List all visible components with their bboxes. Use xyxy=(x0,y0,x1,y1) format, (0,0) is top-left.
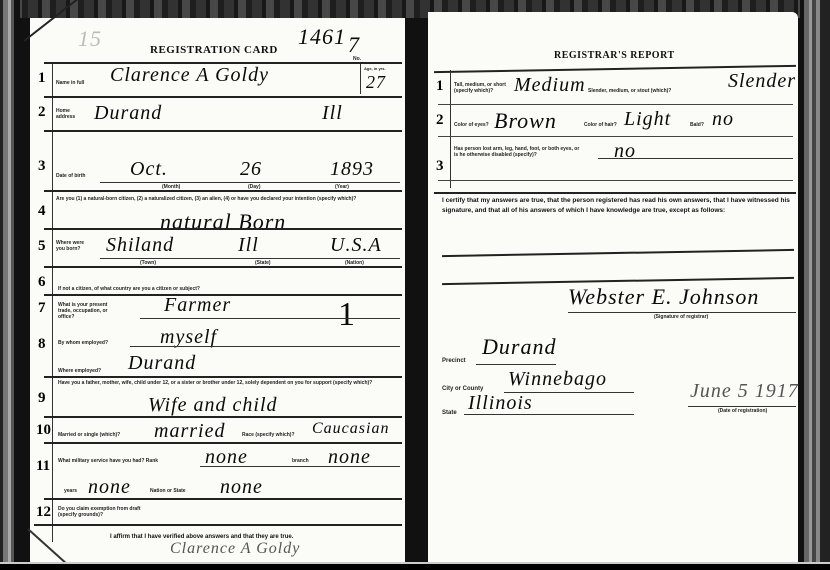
occupation-value: Farmer xyxy=(164,294,231,317)
military-years-value: none xyxy=(88,476,131,499)
birthplace-nation-value: U.S.A xyxy=(330,234,382,257)
home-address-value: Durand xyxy=(94,102,162,125)
disability-value: no xyxy=(614,140,636,163)
tally-mark: 1 xyxy=(338,296,356,334)
card-title: REGISTRATION CARD xyxy=(150,44,278,56)
hair-color-value: Light xyxy=(624,108,671,131)
registration-card-front: 15 REGISTRATION CARD 1461 7 No. 1 Name i… xyxy=(30,18,405,562)
height-value: Medium xyxy=(514,74,586,97)
registration-date: June 5 1917 xyxy=(690,380,799,403)
state-value: Illinois xyxy=(468,392,533,415)
registrars-report: REGISTRAR'S REPORT 1 Tall, medium, or sh… xyxy=(428,12,798,562)
registrar-signature: Webster E. Johnson xyxy=(568,284,759,310)
employment-place-value: Durand xyxy=(128,352,196,375)
birth-month-value: Oct. xyxy=(130,158,168,181)
registrant-signature: Clarence A Goldy xyxy=(170,540,300,558)
birthplace-town-value: Shiland xyxy=(106,234,174,257)
birth-year-value: 1893 xyxy=(330,158,374,181)
card-number-suffix: 7 xyxy=(348,32,360,58)
film-edge-bottom xyxy=(0,562,830,570)
card-number: 1461 xyxy=(298,24,346,50)
eye-color-value: Brown xyxy=(494,108,557,134)
certification-text: I certify that my answers are true, that… xyxy=(442,196,794,216)
birth-day-value: 26 xyxy=(240,158,262,181)
race-value: Caucasian xyxy=(312,420,389,438)
report-title: REGISTRAR'S REPORT xyxy=(554,50,675,61)
film-edge-right xyxy=(800,0,830,570)
serial-mark: 15 xyxy=(78,26,102,52)
county-value: Winnebago xyxy=(508,368,607,391)
bald-value: no xyxy=(712,108,734,131)
age-value: 27 xyxy=(366,72,386,93)
home-state-value: Ill xyxy=(322,102,343,125)
name-value: Clarence A Goldy xyxy=(110,64,269,87)
birthplace-state-value: Ill xyxy=(238,234,259,257)
citizenship-value: natural Born xyxy=(160,209,286,235)
microfilm-frame: 15 REGISTRATION CARD 1461 7 No. 1 Name i… xyxy=(0,0,830,570)
precinct-value: Durand xyxy=(482,334,556,360)
dependents-value: Wife and child xyxy=(148,394,278,417)
build-value: Slender xyxy=(728,70,796,93)
film-edge-left xyxy=(0,0,20,570)
military-nation-value: none xyxy=(220,476,263,499)
marital-status-value: married xyxy=(154,420,225,443)
